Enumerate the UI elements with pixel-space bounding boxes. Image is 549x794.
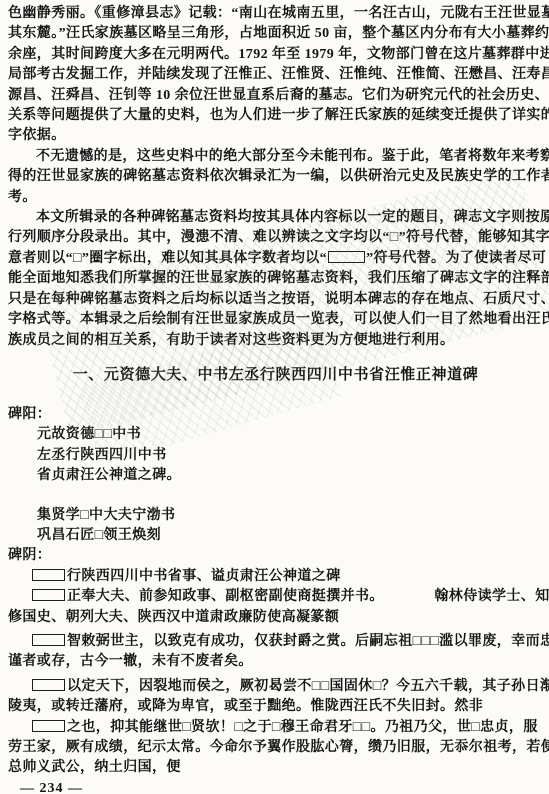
text-line: 色幽静秀丽。《重修漳县志》记载：“南山在城南五里，一名汪古山，元陇右王汪世显墓在 <box>8 4 543 24</box>
text-line: 考。 <box>8 188 543 208</box>
blank-box <box>32 589 65 601</box>
text-line: 本文所辑录的各种碑铭墓志资料均按其具体内容标以一定的题目，碑志文字则按原来 <box>8 208 543 228</box>
text-line: 源昌、汪舜昌、汪钊等 10 余位汪世显直系后裔的墓志。它们为研究元代的社会历史、… <box>8 86 543 106</box>
section-heading: 一、元资德大夫、中书左丞行陕西四川中书省汪惟正神道碑 <box>8 364 543 386</box>
intro-paragraph-3: 本文所辑录的各种碑铭墓志资料均按其具体内容标以一定的题目，碑志文字则按原来 行列… <box>8 208 543 351</box>
intro-paragraph-1: 色幽静秀丽。《重修漳县志》记载：“南山在城南五里，一名汪古山，元陇右王汪世显墓在… <box>8 4 543 147</box>
blank-box <box>32 569 65 581</box>
blank-box <box>32 679 65 691</box>
text-line: 集贤学□中大夫宁渤书 <box>8 506 543 526</box>
text-line: 之也，抑其能继世□贤欤！□之于□穆王命君牙□□。乃祖乃父，世□忠贞，服 <box>8 718 543 738</box>
scanned-book-page: 色幽静秀丽。《重修漳县志》记载：“南山在城南五里，一名汪古山，元陇右王汪世显墓在… <box>0 0 549 794</box>
text-line: 不无遗憾的是，这些史料中的绝大部分至今未能刊布。鉴于此，笔者将数年来考察所 <box>8 147 543 167</box>
text-line: 字依据。 <box>8 126 543 146</box>
text-segment: 以定天下，因裂地而侯之，厥初曷尝不□□国固休□？今五六千载，其子孙日渐 <box>67 679 549 694</box>
blank-box <box>328 251 365 263</box>
text-line: 谨者或存，古今一辙，未有不废者矣。 <box>8 652 543 672</box>
signer-lines: 集贤学□中大夫宁渤书 巩昌石匠□领王焕刻 <box>8 506 543 547</box>
text-line: 族成员之间的相互关系，有助于读者对这些资料更为方便地进行利用。 <box>8 331 543 351</box>
text-line: 只是在每种碑铭墓志资料之后均标以适当之按语，说明本碑志的存在地点、石质尺寸、文 <box>8 290 543 310</box>
page-content: 色幽静秀丽。《重修漳县志》记载：“南山在城南五里，一名汪古山，元陇右王汪世显墓在… <box>0 0 549 794</box>
text-line: 行列顺序分段录出。其中，漫漶不清、难以辨读之文字均以“□”符号代替，能够知其字 <box>8 228 543 248</box>
text-line: 智敕弼世主，以致克有成功，仅获封爵之赏。后嗣忘祖□□□滥以罪废，幸而忠 <box>8 632 543 652</box>
text-segment: 正奉大夫、前参知政事、副枢密副使商挺撰并书。 翰林侍读学士、知制诰同 <box>67 589 549 604</box>
text-line: 能全面地知悉我们所掌握的汪世显家族的碑铭墓志资料，我们压缩了碑志文字的注释部分， <box>8 269 543 289</box>
text-line: 总帅义武公，纳土归国，便 <box>8 758 543 778</box>
text-line: 余座，其时间跨度大多在元明两代。1792 年至 1979 年，文物部门曾在这片墓… <box>8 45 543 65</box>
beiyang-label: 碑阳： <box>8 405 543 425</box>
text-line: 其东麓。”汪氏家族墓区略呈三角形，占地面积近 50 亩，整个墓区内分布有大小墓葬… <box>8 24 543 44</box>
text-line: 字格式等。本辑录之后绘制有汪世显家族成员一览表，可以使人们一目了然地看出汪氏家 <box>8 310 543 330</box>
text-line: 关系等问题提供了大量的史料，也为人们进一步了解汪氏家族的延续变迁提供了详实的文 <box>8 106 543 126</box>
text-segment: ”符号代替。为了使读者尽可 <box>366 251 546 266</box>
page-number: — 234 — <box>8 781 543 794</box>
text-line: 左丞行陕西四川中书 <box>8 446 543 466</box>
text-line: 意者则以“□”圈字标出，难以知其具体字数者均以“”符号代替。为了使读者尽可 <box>8 249 543 269</box>
text-segment: 意者则以“□”圈字标出，难以知其具体字数者均以“ <box>8 251 327 266</box>
text-line: 得的汪世显家族的碑铭墓志资料依次辑录汇为一编，以供研治元史及民族史学的工作者参 <box>8 167 543 187</box>
text-line: 巩昌石匠□领王焕刻 <box>8 526 543 546</box>
text-line: 陵夷，或转迁藩府，或降为卑官，或至于黜绝。惟陇西汪氏不失旧封。然非 <box>8 697 543 717</box>
text-line: 修国史、朝列大夫、陕西汉中道肃政廉防使高凝篆额 <box>8 608 543 628</box>
text-segment: 智敕弼世主，以致克有成功，仅获封爵之赏。后嗣忘祖□□□滥以罪废，幸而忠 <box>67 634 549 649</box>
beiyin-label: 碑阴： <box>8 546 543 566</box>
blank-box <box>32 720 65 732</box>
blank-box <box>32 634 65 646</box>
beiyin-inscription: 行陕西四川中书省事、谥贞肃汪公神道之碑 正奉大夫、前参知政事、副枢密副使商挺撰并… <box>8 567 543 779</box>
text-segment: 之也，抑其能继世□贤欤！□之于□穆王命君牙□□。乃祖乃父，世□忠贞，服 <box>67 720 538 735</box>
text-line: 劳王家，厥有成绩，纪示太常。今命尔予翼作股肱心膂，缵乃旧服，无忝尔祖考，若便宜 <box>8 738 543 758</box>
text-line: 局部考古发掘工作，并陆续发现了汪惟正、汪惟贤、汪惟纯、汪惟简、汪懋昌、汪寿昌、汪 <box>8 65 543 85</box>
text-segment: 行陕西四川中书省事、谥贞肃汪公神道之碑 <box>67 569 341 584</box>
beiyang-inscription: 元故资德□□中书 左丞行陕西四川中书 省贞肃汪公神道之碑。 <box>8 425 543 486</box>
text-line: 省贞肃汪公神道之碑。 <box>8 466 543 486</box>
intro-paragraph-2: 不无遗憾的是，这些史料中的绝大部分至今未能刊布。鉴于此，笔者将数年来考察所 得的… <box>8 147 543 208</box>
text-line: 行陕西四川中书省事、谥贞肃汪公神道之碑 <box>8 567 543 587</box>
text-line: 以定天下，因裂地而侯之，厥初曷尝不□□国固休□？今五六千载，其子孙日渐 <box>8 677 543 697</box>
text-line: 元故资德□□中书 <box>8 425 543 445</box>
text-line: 正奉大夫、前参知政事、副枢密副使商挺撰并书。 翰林侍读学士、知制诰同 <box>8 587 543 607</box>
